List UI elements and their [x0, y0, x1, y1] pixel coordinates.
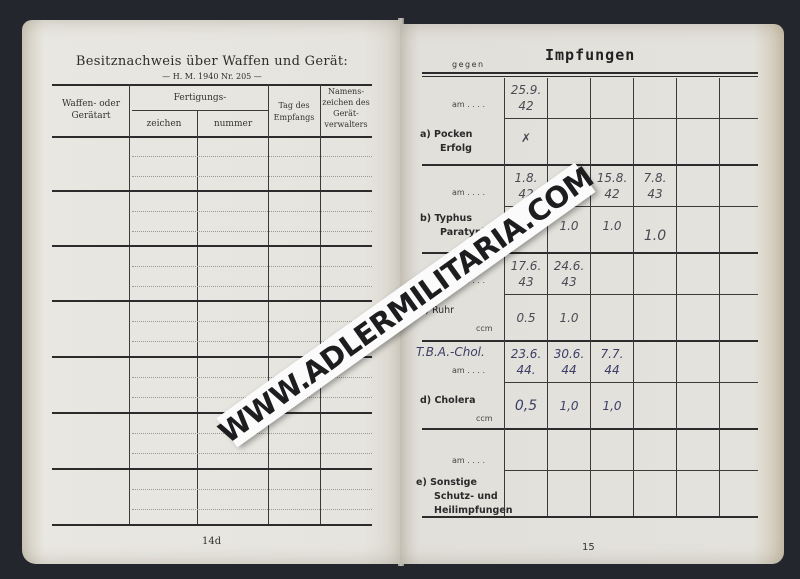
section-e-sublabel-1: Schutz- und [434, 490, 498, 504]
dotted-line [132, 321, 372, 322]
col-divider [633, 78, 634, 516]
section-d-label: d) Cholera [420, 394, 476, 408]
row-rule [52, 468, 372, 470]
row-rule [52, 190, 372, 192]
row-rule [52, 245, 372, 247]
dotted-line [132, 156, 372, 157]
row-rule [52, 300, 372, 302]
col-divider [547, 78, 548, 516]
fertigung-sub-rule [132, 110, 268, 111]
col-divider [320, 84, 321, 524]
am-label: am . . . . [452, 100, 485, 109]
table-top-rule-2 [422, 76, 758, 77]
section-a-value-1: ✗ [506, 130, 546, 146]
section-d-date-1: 23.6. 44. [506, 346, 546, 378]
section-a-sublabel: Erfolg [440, 142, 472, 156]
am-label: am . . . . [452, 366, 485, 375]
dotted-line [132, 509, 372, 510]
section-d-date-2: 30.6. 44 [549, 346, 589, 378]
section-c-date-2: 24.6. 43 [549, 258, 589, 290]
left-page-subtitle: — H. M. 1940 Nr. 205 — [22, 72, 402, 81]
section-d-handwritten-label: T.B.A.-Chol. [416, 344, 506, 360]
right-page-title: Impfungen [545, 46, 635, 64]
section-e-label: e) Sonstige [416, 476, 477, 490]
ccm-label: ccm [476, 414, 493, 423]
section-c-value-1: 0.5 [506, 310, 546, 326]
section-e-sublabel-2: Heilimpfungen [434, 504, 513, 518]
right-page-number: 15 [582, 542, 595, 553]
section-b-value-3: 1.0 [592, 218, 632, 234]
section-b-date-4: 7.8. 43 [635, 170, 675, 202]
section-a-label: a) Pocken [420, 128, 472, 142]
am-label: am . . . . [452, 188, 485, 197]
left-page-title: Besitznachweis über Waffen und Gerät: [22, 54, 402, 69]
section-c-value-2: 1.0 [549, 310, 589, 326]
col-divider [719, 78, 720, 516]
col-header-waffen: Waffen- oder Gerätart [52, 98, 130, 122]
dotted-line [132, 266, 372, 267]
dotted-line [132, 231, 372, 232]
col-divider [590, 78, 591, 516]
col-divider [268, 84, 269, 524]
section-d-value-3: 1,0 [592, 398, 632, 414]
section-b-label: b) Typhus [420, 212, 472, 226]
ccm-label: ccm [476, 324, 493, 333]
col-divider [504, 78, 505, 516]
left-page-number: 14d [202, 536, 221, 547]
row-rule [52, 524, 372, 526]
row-rule [52, 412, 372, 414]
dotted-line [132, 286, 372, 287]
col-header-tag: Tag des Empfangs [269, 100, 319, 124]
section-d-date-3: 7.7. 44 [592, 346, 632, 378]
dotted-line [132, 377, 372, 378]
dotted-line [132, 211, 372, 212]
am-label: am . . . . [452, 456, 485, 465]
table-header-rule [52, 136, 372, 138]
col-header-nummer: nummer [198, 118, 268, 130]
col-divider [676, 78, 677, 516]
left-page: Besitznachweis über Waffen und Gerät: — … [22, 20, 402, 564]
col-header-fertigung: Fertigungs- [132, 92, 268, 104]
gegen-label: gegen [452, 60, 485, 69]
section-c-date-1: 17.6. 43 [506, 258, 546, 290]
dotted-line [132, 176, 372, 177]
right-page: Impfungen gegen am . . . . a) Pocken Erf… [400, 24, 784, 564]
dotted-line [132, 453, 372, 454]
section-a-date-1: 25.9. 42 [506, 82, 546, 114]
table-top-rule [422, 72, 758, 74]
section-b-value-4: 1.0 [635, 228, 675, 244]
col-header-namens: Namens- zeichen des Gerät- verwalters [320, 86, 372, 130]
col-divider [197, 110, 198, 524]
section-d-value-2: 1,0 [549, 398, 589, 414]
dotted-line [132, 489, 372, 490]
col-header-zeichen: zeichen [132, 118, 196, 130]
section-d-value-1: 0,5 [506, 398, 546, 414]
col-divider [129, 84, 130, 524]
